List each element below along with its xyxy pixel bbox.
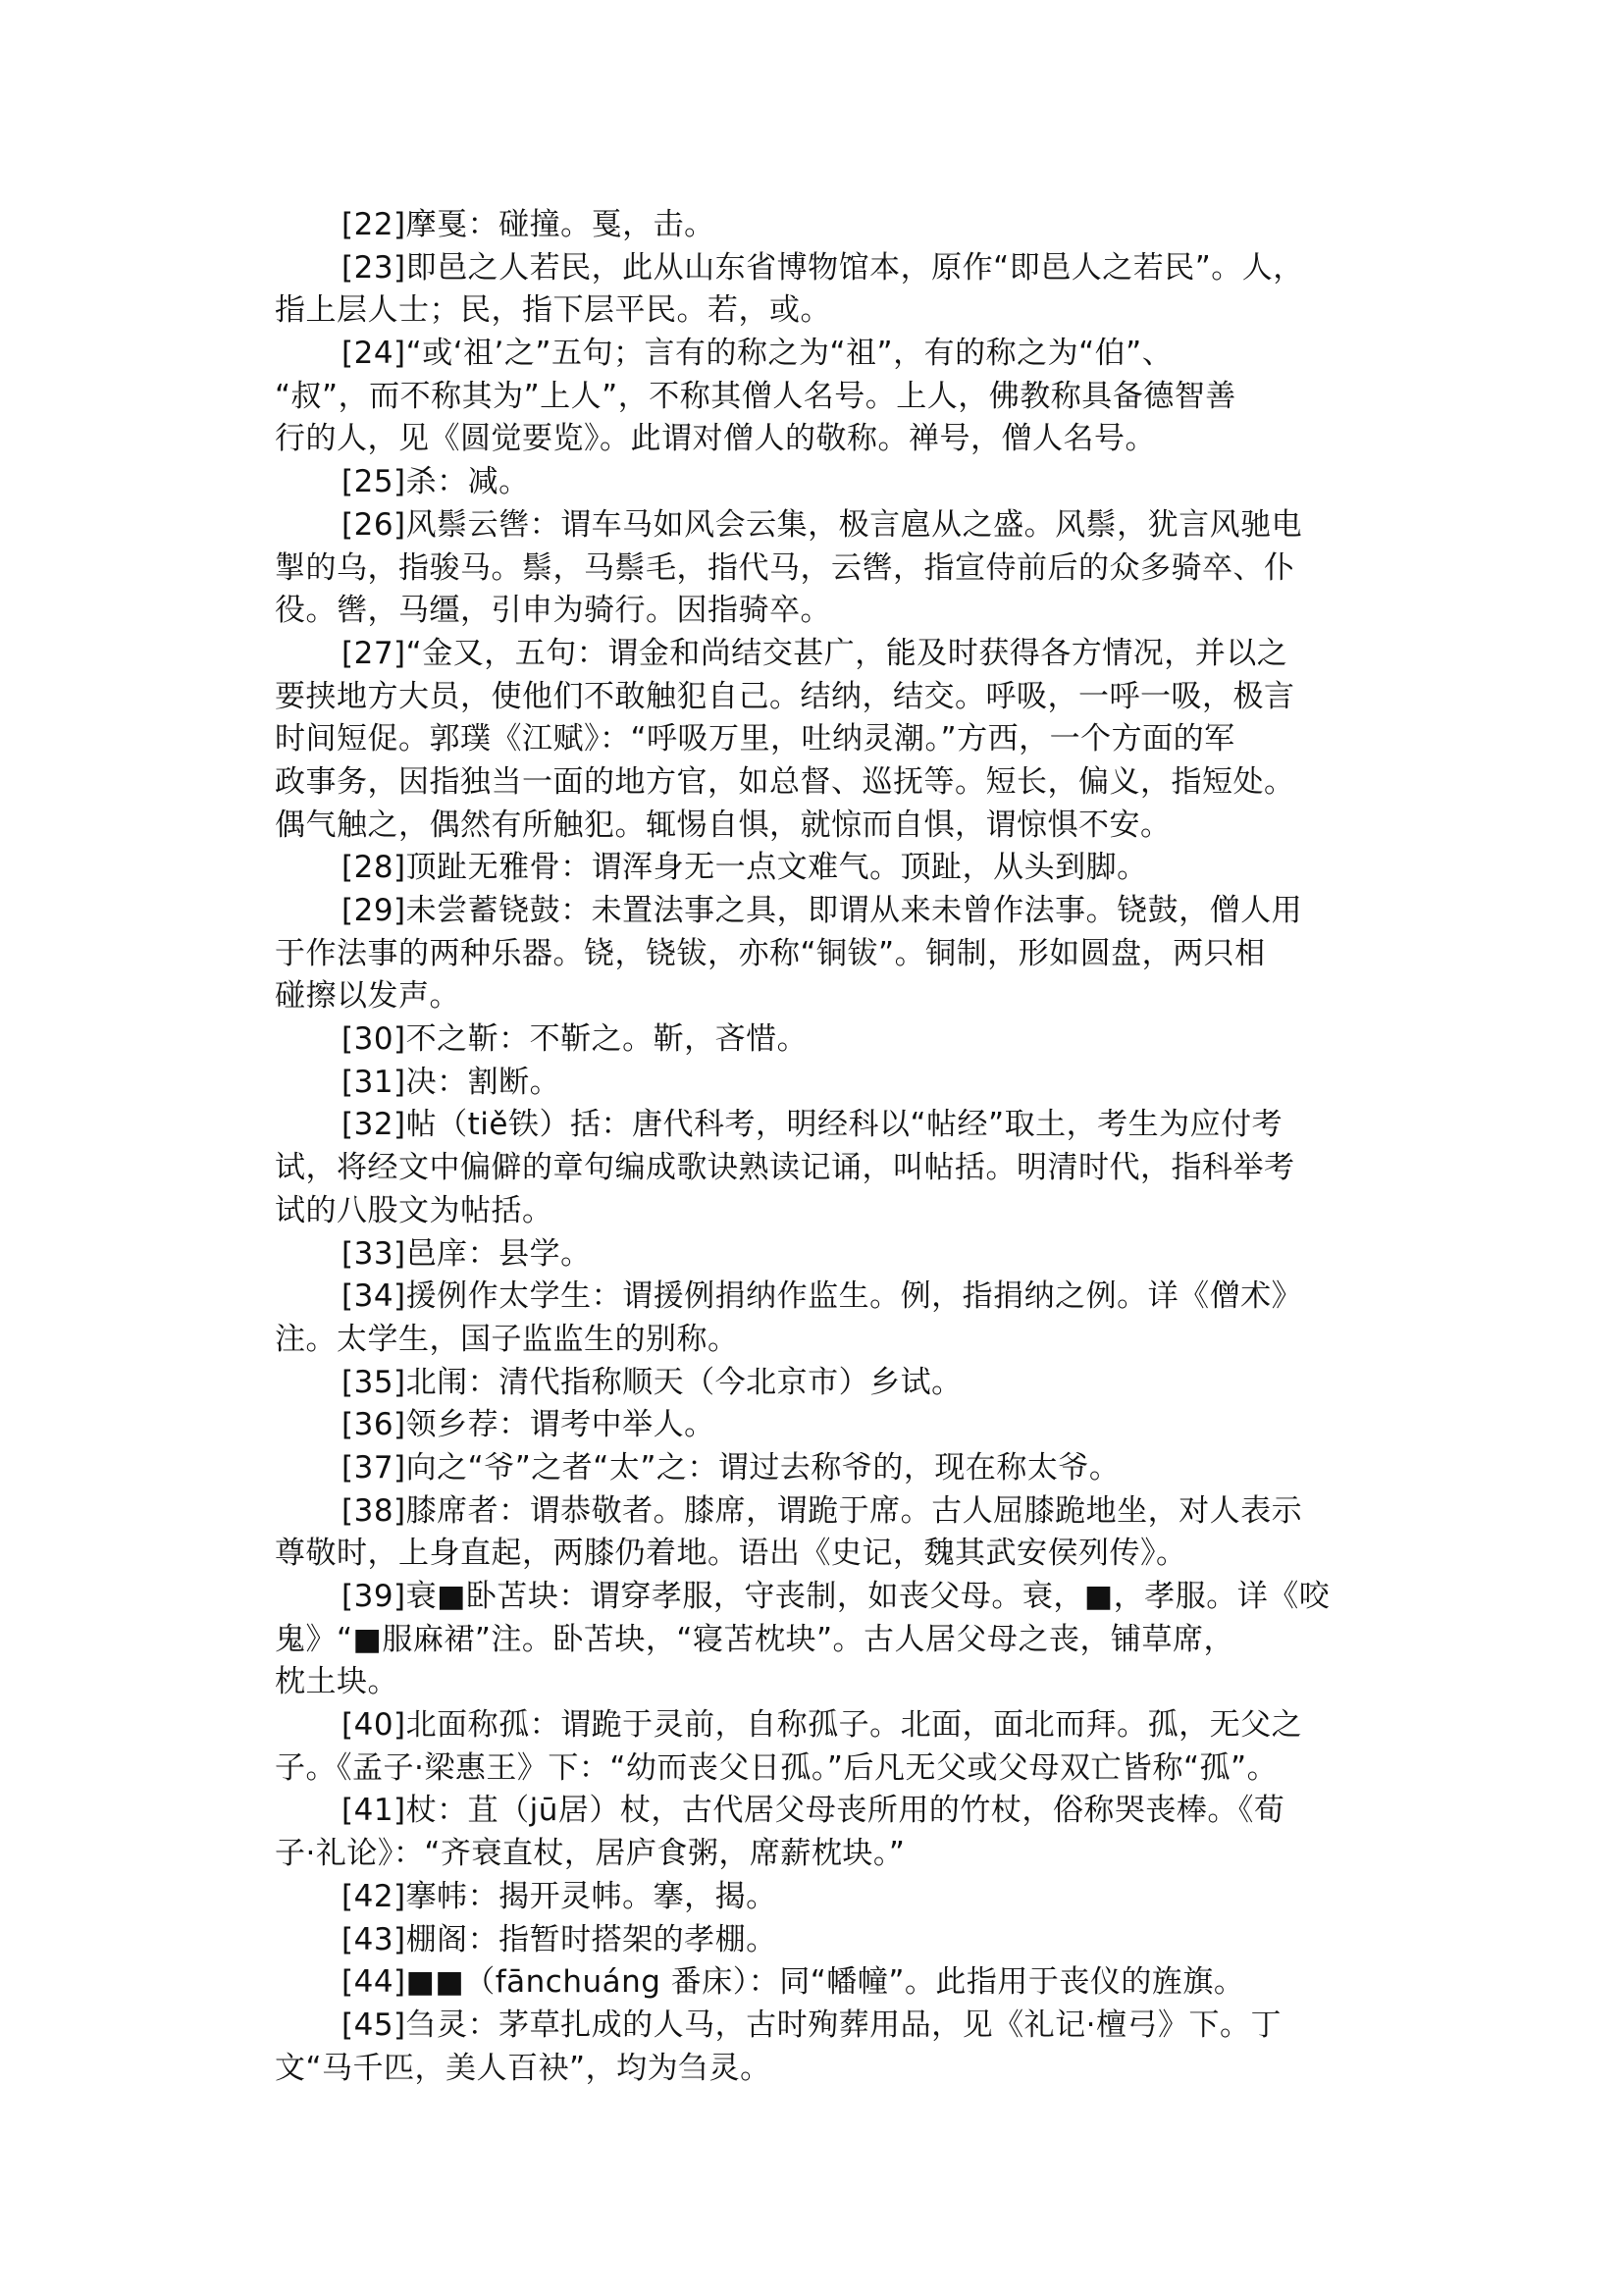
footnote-27: [27]“金又，五句：谓金和尚结交甚广，能及时获得各方情况，并以之要挟地方大员，… <box>275 633 1354 847</box>
footnote-first-line: [45]刍灵：茅草扎成的人马，古时殉葬用品，见《礼记·檀弓》下。丁 <box>275 2005 1354 2048</box>
footnote-29: [29]未尝蓄铙鼓：未置法事之具，即谓从来未曾作法事。铙鼓，僧人用于作法事的两种… <box>275 890 1354 1018</box>
footnote-35: [35]北闱：清代指称顺天（今北京市）乡试。 <box>275 1362 1354 1405</box>
footnote-38: [38]膝席者：谓恭敬者。膝席，谓跪于席。古人屈膝跪地坐，对人表示尊敬时，上身直… <box>275 1490 1354 1576</box>
footnote-first-line: [24]“或‘祖’之”五句；言有的称之为“祖”，有的称之为“伯”、 <box>275 333 1354 376</box>
footnote-45: [45]刍灵：茅草扎成的人马，古时殉葬用品，见《礼记·檀弓》下。丁文“马千匹，美… <box>275 2005 1354 2090</box>
footnote-37: [37]向之“爷”之者“太”之：谓过去称爷的，现在称太爷。 <box>275 1447 1354 1490</box>
footnote-continuation-line: 子。《孟子·梁惠王》下：“幼而丧父日孤。”后凡无父或父母双亡皆称“孤”。 <box>275 1747 1354 1791</box>
footnote-continuation-line: 试，将经文中偏僻的章句编成歌诀熟读记诵，叫帖括。明清时代，指科举考 <box>275 1147 1354 1190</box>
footnote-36: [36]领乡荐：谓考中举人。 <box>275 1404 1354 1447</box>
footnote-26: [26]风鬃云辔：谓车马如风会云集，极言扈从之盛。风鬃，犹言风驰电掣的乌，指骏马… <box>275 504 1354 633</box>
footnote-first-line: [27]“金又，五句：谓金和尚结交甚广，能及时获得各方情况，并以之 <box>275 633 1354 676</box>
footnote-first-line: [42]搴帏：揭开灵帏。搴，揭。 <box>275 1876 1354 1919</box>
footnote-22: [22]摩戛：碰撞。戛，击。 <box>275 204 1354 247</box>
footnote-32: [32]帖（tiě铁）括：唐代科考，明经科以“帖经”取土，考生为应付考试，将经文… <box>275 1104 1354 1232</box>
footnote-first-line: [35]北闱：清代指称顺天（今北京市）乡试。 <box>275 1362 1354 1405</box>
footnote-first-line: [34]援例作太学生：谓援例捐纳作监生。例，指捐纳之例。详《僧术》 <box>275 1276 1354 1319</box>
footnote-first-line: [36]领乡荐：谓考中举人。 <box>275 1404 1354 1447</box>
footnote-first-line: [38]膝席者：谓恭敬者。膝席，谓跪于席。古人屈膝跪地坐，对人表示 <box>275 1490 1354 1534</box>
footnote-30: [30]不之靳：不靳之。靳，吝惜。 <box>275 1018 1354 1062</box>
footnote-first-line: [29]未尝蓄铙鼓：未置法事之具，即谓从来未曾作法事。铙鼓，僧人用 <box>275 890 1354 933</box>
footnote-continuation-line: 注。太学生，国子监监生的别称。 <box>275 1319 1354 1362</box>
footnote-first-line: [33]邑庠：县学。 <box>275 1233 1354 1277</box>
footnote-first-line: [30]不之靳：不靳之。靳，吝惜。 <box>275 1018 1354 1062</box>
footnote-first-line: [44]■■（fānchuáng 番床）：同“幡幢”。此指用于丧仪的旌旗。 <box>275 1961 1354 2005</box>
footnote-continuation-line: 政事务，因指独当一面的地方官，如总督、巡抚等。短长，偏义，指短处。 <box>275 761 1354 805</box>
footnote-first-line: [31]决：割断。 <box>275 1062 1354 1105</box>
footnote-first-line: [39]衰■卧苫块：谓穿孝服，守丧制，如丧父母。衰，■，孝服。详《咬 <box>275 1576 1354 1619</box>
footnote-first-line: [32]帖（tiě铁）括：唐代科考，明经科以“帖经”取土，考生为应付考 <box>275 1104 1354 1147</box>
footnote-39: [39]衰■卧苫块：谓穿孝服，守丧制，如丧父母。衰，■，孝服。详《咬鬼》“■服麻… <box>275 1576 1354 1704</box>
footnote-first-line: [41]杖：苴（jū居）杖，古代居父母丧所用的竹杖，俗称哭丧棒。《荀 <box>275 1790 1354 1833</box>
footnote-continuation-line: 文“马千匹，美人百袂”，均为刍灵。 <box>275 2048 1354 2091</box>
footnote-continuation-line: 指上层人士；民，指下层平民。若，或。 <box>275 289 1354 333</box>
footnote-continuation-line: 役。辔，马缰，引申为骑行。因指骑卒。 <box>275 590 1354 633</box>
footnote-25: [25]杀：减。 <box>275 461 1354 504</box>
footnote-continuation-line: “叔”，而不称其为”上人”，不称其僧人名号。上人，佛教称具备德智善 <box>275 376 1354 419</box>
footnote-continuation-line: 枕土块。 <box>275 1661 1354 1704</box>
footnote-34: [34]援例作太学生：谓援例捐纳作监生。例，指捐纳之例。详《僧术》注。太学生，国… <box>275 1276 1354 1361</box>
footnote-first-line: [43]棚阁：指暂时搭架的孝棚。 <box>275 1919 1354 1962</box>
footnote-42: [42]搴帏：揭开灵帏。搴，揭。 <box>275 1876 1354 1919</box>
footnote-28: [28]顶趾无雅骨：谓浑身无一点文难气。顶趾，从头到脚。 <box>275 847 1354 890</box>
footnote-41: [41]杖：苴（jū居）杖，古代居父母丧所用的竹杖，俗称哭丧棒。《荀子·礼论》：… <box>275 1790 1354 1875</box>
footnote-continuation-line: 鬼》“■服麻裙”注。卧苫块，“寝苫枕块”。古人居父母之丧，铺草席， <box>275 1619 1354 1662</box>
annotation-page: [22]摩戛：碰撞。戛，击。[23]即邑之人若民，此从山东省博物馆本，原作“即邑… <box>275 204 1354 2090</box>
footnote-continuation-line: 掣的乌，指骏马。鬃，马鬃毛，指代马，云辔，指宣侍前后的众多骑卒、仆 <box>275 547 1354 591</box>
footnote-continuation-line: 时间短促。郭璞《江赋》：“呼吸万里，吐纳灵潮。”方西，一个方面的军 <box>275 718 1354 761</box>
footnote-first-line: [25]杀：减。 <box>275 461 1354 504</box>
footnote-continuation-line: 尊敬时，上身直起，两膝仍着地。语出《史记，魏其武安侯列传》。 <box>275 1533 1354 1576</box>
footnote-31: [31]决：割断。 <box>275 1062 1354 1105</box>
footnote-first-line: [26]风鬃云辔：谓车马如风会云集，极言扈从之盛。风鬃，犹言风驰电 <box>275 504 1354 547</box>
footnote-33: [33]邑庠：县学。 <box>275 1233 1354 1277</box>
footnote-continuation-line: 试的八股文为帖括。 <box>275 1190 1354 1233</box>
footnote-first-line: [40]北面称孤：谓跪于灵前，自称孤子。北面，面北而拜。孤，无父之 <box>275 1704 1354 1747</box>
footnote-continuation-line: 要挟地方大员，使他们不敢触犯自己。结纳，结交。呼吸，一呼一吸，极言 <box>275 676 1354 719</box>
footnote-43: [43]棚阁：指暂时搭架的孝棚。 <box>275 1919 1354 1962</box>
footnote-40: [40]北面称孤：谓跪于灵前，自称孤子。北面，面北而拜。孤，无父之子。《孟子·梁… <box>275 1704 1354 1790</box>
footnote-continuation-line: 行的人，见《圆觉要览》。此谓对僧人的敬称。禅号，僧人名号。 <box>275 418 1354 461</box>
footnote-44: [44]■■（fānchuáng 番床）：同“幡幢”。此指用于丧仪的旌旗。 <box>275 1961 1354 2005</box>
footnote-continuation-line: 子·礼论》：“齐衰直杖，居庐食粥，席薪枕块。” <box>275 1833 1354 1876</box>
footnote-continuation-line: 偶气触之，偶然有所触犯。辄惕自惧，就惊而自惧，谓惊惧不安。 <box>275 805 1354 848</box>
footnote-continuation-line: 于作法事的两种乐器。铙，铙钹，亦称“铜钹”。铜制，形如圆盘，两只相 <box>275 933 1354 976</box>
footnote-continuation-line: 碰擦以发声。 <box>275 975 1354 1018</box>
footnote-first-line: [22]摩戛：碰撞。戛，击。 <box>275 204 1354 247</box>
footnote-24: [24]“或‘祖’之”五句；言有的称之为“祖”，有的称之为“伯”、“叔”，而不称… <box>275 333 1354 461</box>
footnote-first-line: [37]向之“爷”之者“太”之：谓过去称爷的，现在称太爷。 <box>275 1447 1354 1490</box>
footnote-first-line: [23]即邑之人若民，此从山东省博物馆本，原作“即邑人之若民”。人， <box>275 247 1354 290</box>
footnote-first-line: [28]顶趾无雅骨：谓浑身无一点文难气。顶趾，从头到脚。 <box>275 847 1354 890</box>
footnote-23: [23]即邑之人若民，此从山东省博物馆本，原作“即邑人之若民”。人，指上层人士；… <box>275 247 1354 333</box>
